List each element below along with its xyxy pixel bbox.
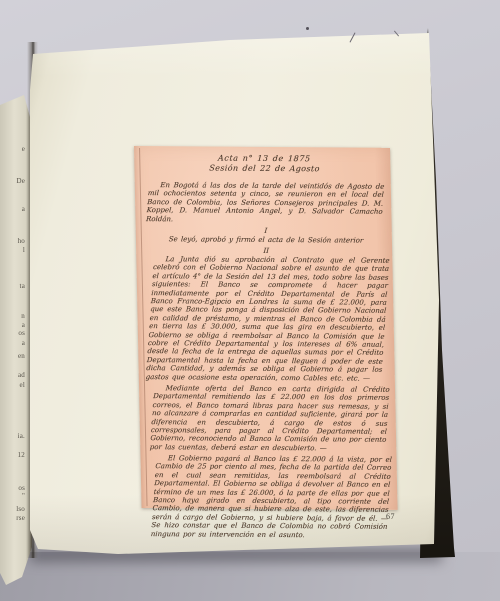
left-page-text-fragment: De: [16, 178, 25, 185]
photo-background: eDeaholtanaosaenadelia.12os"lsorse Acta …: [0, 0, 500, 601]
manuscript-text-block: El Gobierno pagará al Banco las £ 22.000…: [151, 455, 393, 541]
left-page-text-fragment: ": [22, 493, 25, 500]
left-page-text-fragment: ia.: [18, 433, 25, 440]
left-page-text-fragment: 12: [18, 452, 25, 459]
left-page-text-fragment: e: [22, 146, 25, 153]
page-number: 67: [386, 512, 395, 521]
left-page-text-fragment: ho: [18, 238, 25, 245]
left-page-text-fragment: l: [23, 247, 25, 254]
left-page-text-fragment: lso: [16, 506, 25, 513]
left-page-text-fragment: n: [21, 313, 25, 320]
manuscript-text-block: Mediante oferta del Banco en carta dirig…: [149, 384, 389, 453]
left-page-text-fragment: en: [18, 353, 25, 360]
left-page-text-fragment: a: [22, 322, 25, 329]
dust-speck: [306, 27, 309, 30]
manuscript-text-block: Sesión del 22 de Agosto: [146, 164, 383, 174]
left-page-text-fragment: ta: [20, 283, 25, 290]
left-page-text-fragment: os: [18, 330, 25, 337]
left-page-text-fragment: a: [22, 340, 25, 347]
manuscript-text-block: En Bogotá á las dos de la tarde del vein…: [146, 181, 385, 225]
left-page-text-fragment: os: [18, 485, 25, 492]
right-page: Acta n° 13 de 1875Sesión del 22 de Agost…: [30, 30, 442, 558]
left-page-text-fragment: ad: [18, 372, 25, 379]
left-page-text-fragment: el: [20, 382, 25, 389]
manuscript-text-block: Se leyó, aprobó y firmó el acta de la Se…: [148, 235, 385, 245]
manuscript-text-block: Acta n° 13 de 1875: [146, 154, 383, 164]
manuscript-text-block: II: [148, 246, 385, 256]
manuscript-text-block: La Junta dió su aprobación al Contrato q…: [145, 255, 389, 383]
left-page-text-fragment: a: [22, 206, 25, 213]
left-page-text-fragment: rse: [16, 515, 25, 522]
manuscript-text: Acta n° 13 de 1875Sesión del 22 de Agost…: [146, 154, 390, 540]
manuscript-photo: Acta n° 13 de 1875Sesión del 22 de Agost…: [134, 146, 398, 510]
